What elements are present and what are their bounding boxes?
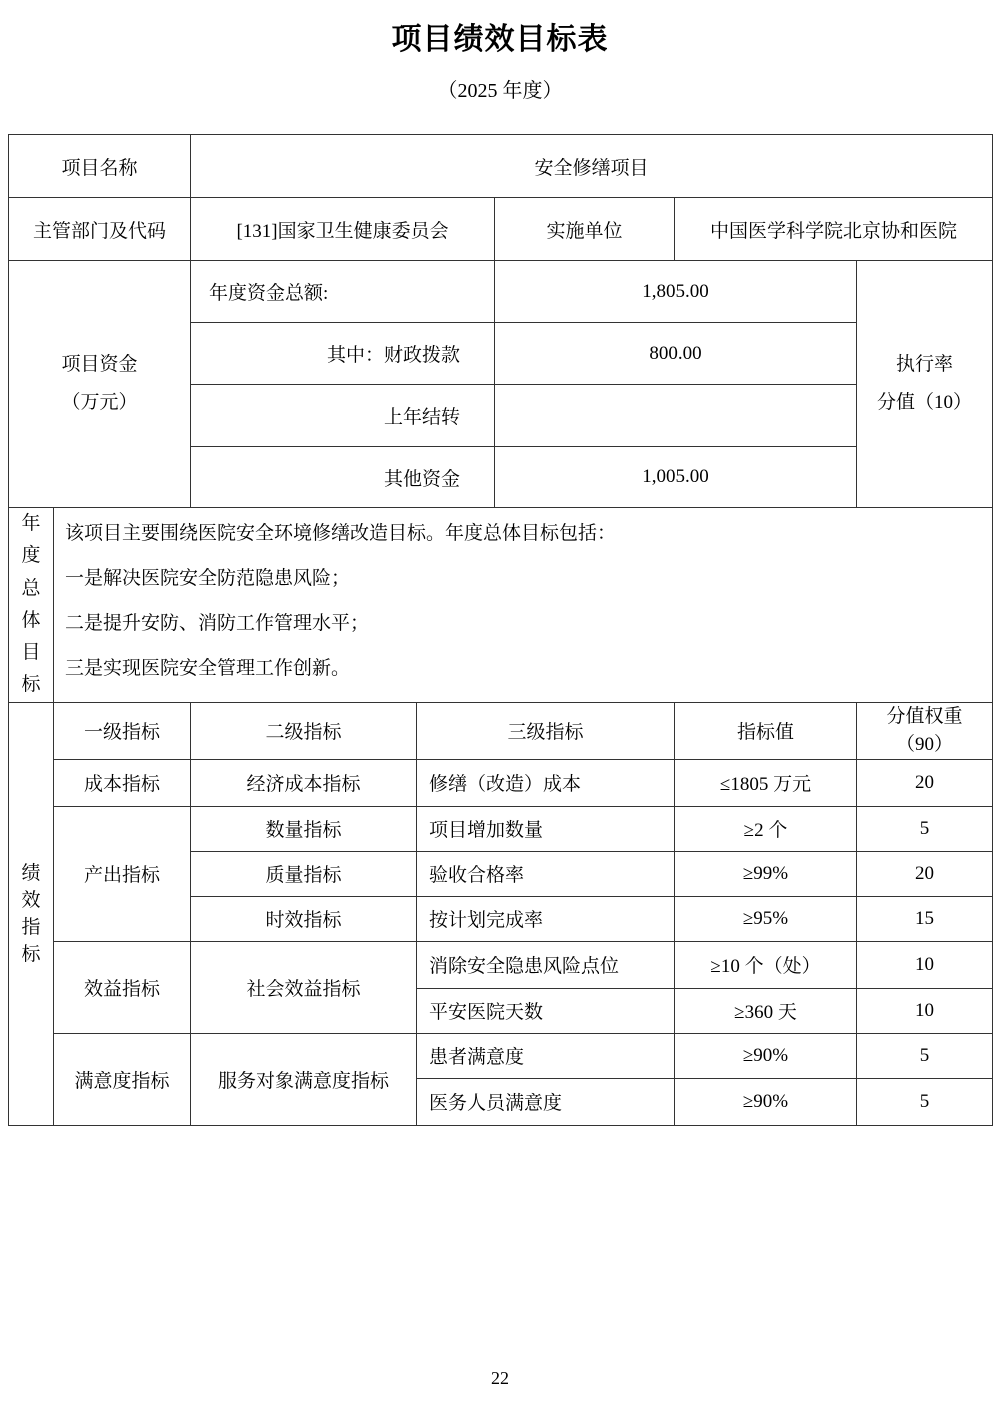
- funding-header: 项目资金 （万元）: [9, 261, 191, 508]
- value-cell: ≥95%: [675, 896, 857, 941]
- level3-cell: 项目增加数量: [417, 806, 675, 851]
- goal-line: 一是解决医院安全防范隐患风险；: [65, 556, 982, 601]
- funding-total-value: 1,805.00: [495, 261, 857, 323]
- value-cell: ≥10 个（处）: [675, 941, 857, 988]
- annual-goal-header: 年 度 总 体 目 标: [9, 508, 54, 703]
- goal-line: 该项目主要围绕医院安全环境修缮改造目标。年度总体目标包括：: [65, 511, 982, 556]
- level3-cell: 修缮（改造）成本: [417, 759, 675, 806]
- col-header-level3: 三级指标: [417, 702, 675, 759]
- level2-cell: 质量指标: [191, 851, 417, 896]
- level3-cell: 医务人员满意度: [417, 1078, 675, 1125]
- value-cell: ≥360 天: [675, 988, 857, 1033]
- level1-cell: 成本指标: [54, 759, 191, 806]
- col-header-level2: 二级指标: [191, 702, 417, 759]
- score-cell: 5: [857, 1078, 993, 1125]
- funding-total-label: 年度资金总额:: [191, 261, 495, 323]
- level3-cell: 验收合格率: [417, 851, 675, 896]
- score-cell: 5: [857, 1033, 993, 1078]
- performance-target-table: 项目名称 安全修缮项目 主管部门及代码 [131]国家卫生健康委员会 实施单位 …: [8, 134, 993, 1126]
- level2-cell: 社会效益指标: [191, 941, 417, 1033]
- dept-label: 主管部门及代码: [9, 198, 191, 261]
- execution-score-header: 执行率 分值（10）: [857, 261, 993, 508]
- value-cell: ≥90%: [675, 1078, 857, 1125]
- level1-cell: 满意度指标: [54, 1033, 191, 1125]
- score-cell: 20: [857, 851, 993, 896]
- project-name-value: 安全修缮项目: [191, 135, 993, 198]
- col-header-weight: 分值权重 （90）: [857, 702, 993, 759]
- score-cell: 10: [857, 941, 993, 988]
- value-cell: ≥2 个: [675, 806, 857, 851]
- level2-cell: 经济成本指标: [191, 759, 417, 806]
- indicator-row: 成本指标 经济成本指标 修缮（改造）成本 ≤1805 万元 20: [9, 759, 993, 806]
- score-cell: 5: [857, 806, 993, 851]
- goal-line: 二是提升安防、消防工作管理水平；: [65, 601, 982, 646]
- level2-cell: 数量指标: [191, 806, 417, 851]
- unit-label: 实施单位: [495, 198, 675, 261]
- col-header-value: 指标值: [675, 702, 857, 759]
- row-project-name: 项目名称 安全修缮项目: [9, 135, 993, 198]
- dept-value: [131]国家卫生健康委员会: [191, 198, 495, 261]
- project-name-label: 项目名称: [9, 135, 191, 198]
- score-cell: 15: [857, 896, 993, 941]
- value-cell: ≤1805 万元: [675, 759, 857, 806]
- level3-cell: 平安医院天数: [417, 988, 675, 1033]
- funding-fiscal-value: 800.00: [495, 323, 857, 385]
- col-header-level1: 一级指标: [54, 702, 191, 759]
- funding-carryover-value: [495, 385, 857, 447]
- page-subtitle: （2025 年度）: [0, 74, 1000, 103]
- score-cell: 10: [857, 988, 993, 1033]
- level2-cell: 服务对象满意度指标: [191, 1033, 417, 1125]
- funding-carryover-label: 上年结转: [191, 385, 495, 447]
- indicator-row: 满意度指标 服务对象满意度指标 患者满意度 ≥90% 5: [9, 1033, 993, 1078]
- row-funding-total: 项目资金 （万元） 年度资金总额: 1,805.00 执行率 分值（10）: [9, 261, 993, 323]
- value-cell: ≥99%: [675, 851, 857, 896]
- level3-cell: 按计划完成率: [417, 896, 675, 941]
- unit-value: 中国医学科学院北京协和医院: [675, 198, 993, 261]
- row-department: 主管部门及代码 [131]国家卫生健康委员会 实施单位 中国医学科学院北京协和医…: [9, 198, 993, 261]
- indicators-header: 绩 效 指 标: [9, 702, 54, 1125]
- indicator-row: 效益指标 社会效益指标 消除安全隐患风险点位 ≥10 个（处） 10: [9, 941, 993, 988]
- score-cell: 20: [857, 759, 993, 806]
- row-indicator-header: 绩 效 指 标 一级指标 二级指标 三级指标 指标值 分值权重 （90）: [9, 702, 993, 759]
- funding-fiscal-label: 其中：财政拨款: [191, 323, 495, 385]
- level1-cell: 效益指标: [54, 941, 191, 1033]
- value-cell: ≥90%: [675, 1033, 857, 1078]
- level1-cell: 产出指标: [54, 806, 191, 941]
- level3-cell: 消除安全隐患风险点位: [417, 941, 675, 988]
- goal-line: 三是实现医院安全管理工作创新。: [65, 646, 982, 691]
- annual-goal-content: 该项目主要围绕医院安全环境修缮改造目标。年度总体目标包括： 一是解决医院安全防范…: [54, 508, 993, 703]
- page-number: 22: [0, 1368, 1000, 1389]
- indicator-row: 产出指标 数量指标 项目增加数量 ≥2 个 5: [9, 806, 993, 851]
- level3-cell: 患者满意度: [417, 1033, 675, 1078]
- funding-other-value: 1,005.00: [495, 447, 857, 508]
- row-annual-goal: 年 度 总 体 目 标 该项目主要围绕医院安全环境修缮改造目标。年度总体目标包括…: [9, 508, 993, 703]
- funding-other-label: 其他资金: [191, 447, 495, 508]
- level2-cell: 时效指标: [191, 896, 417, 941]
- page-title: 项目绩效目标表: [0, 0, 1000, 58]
